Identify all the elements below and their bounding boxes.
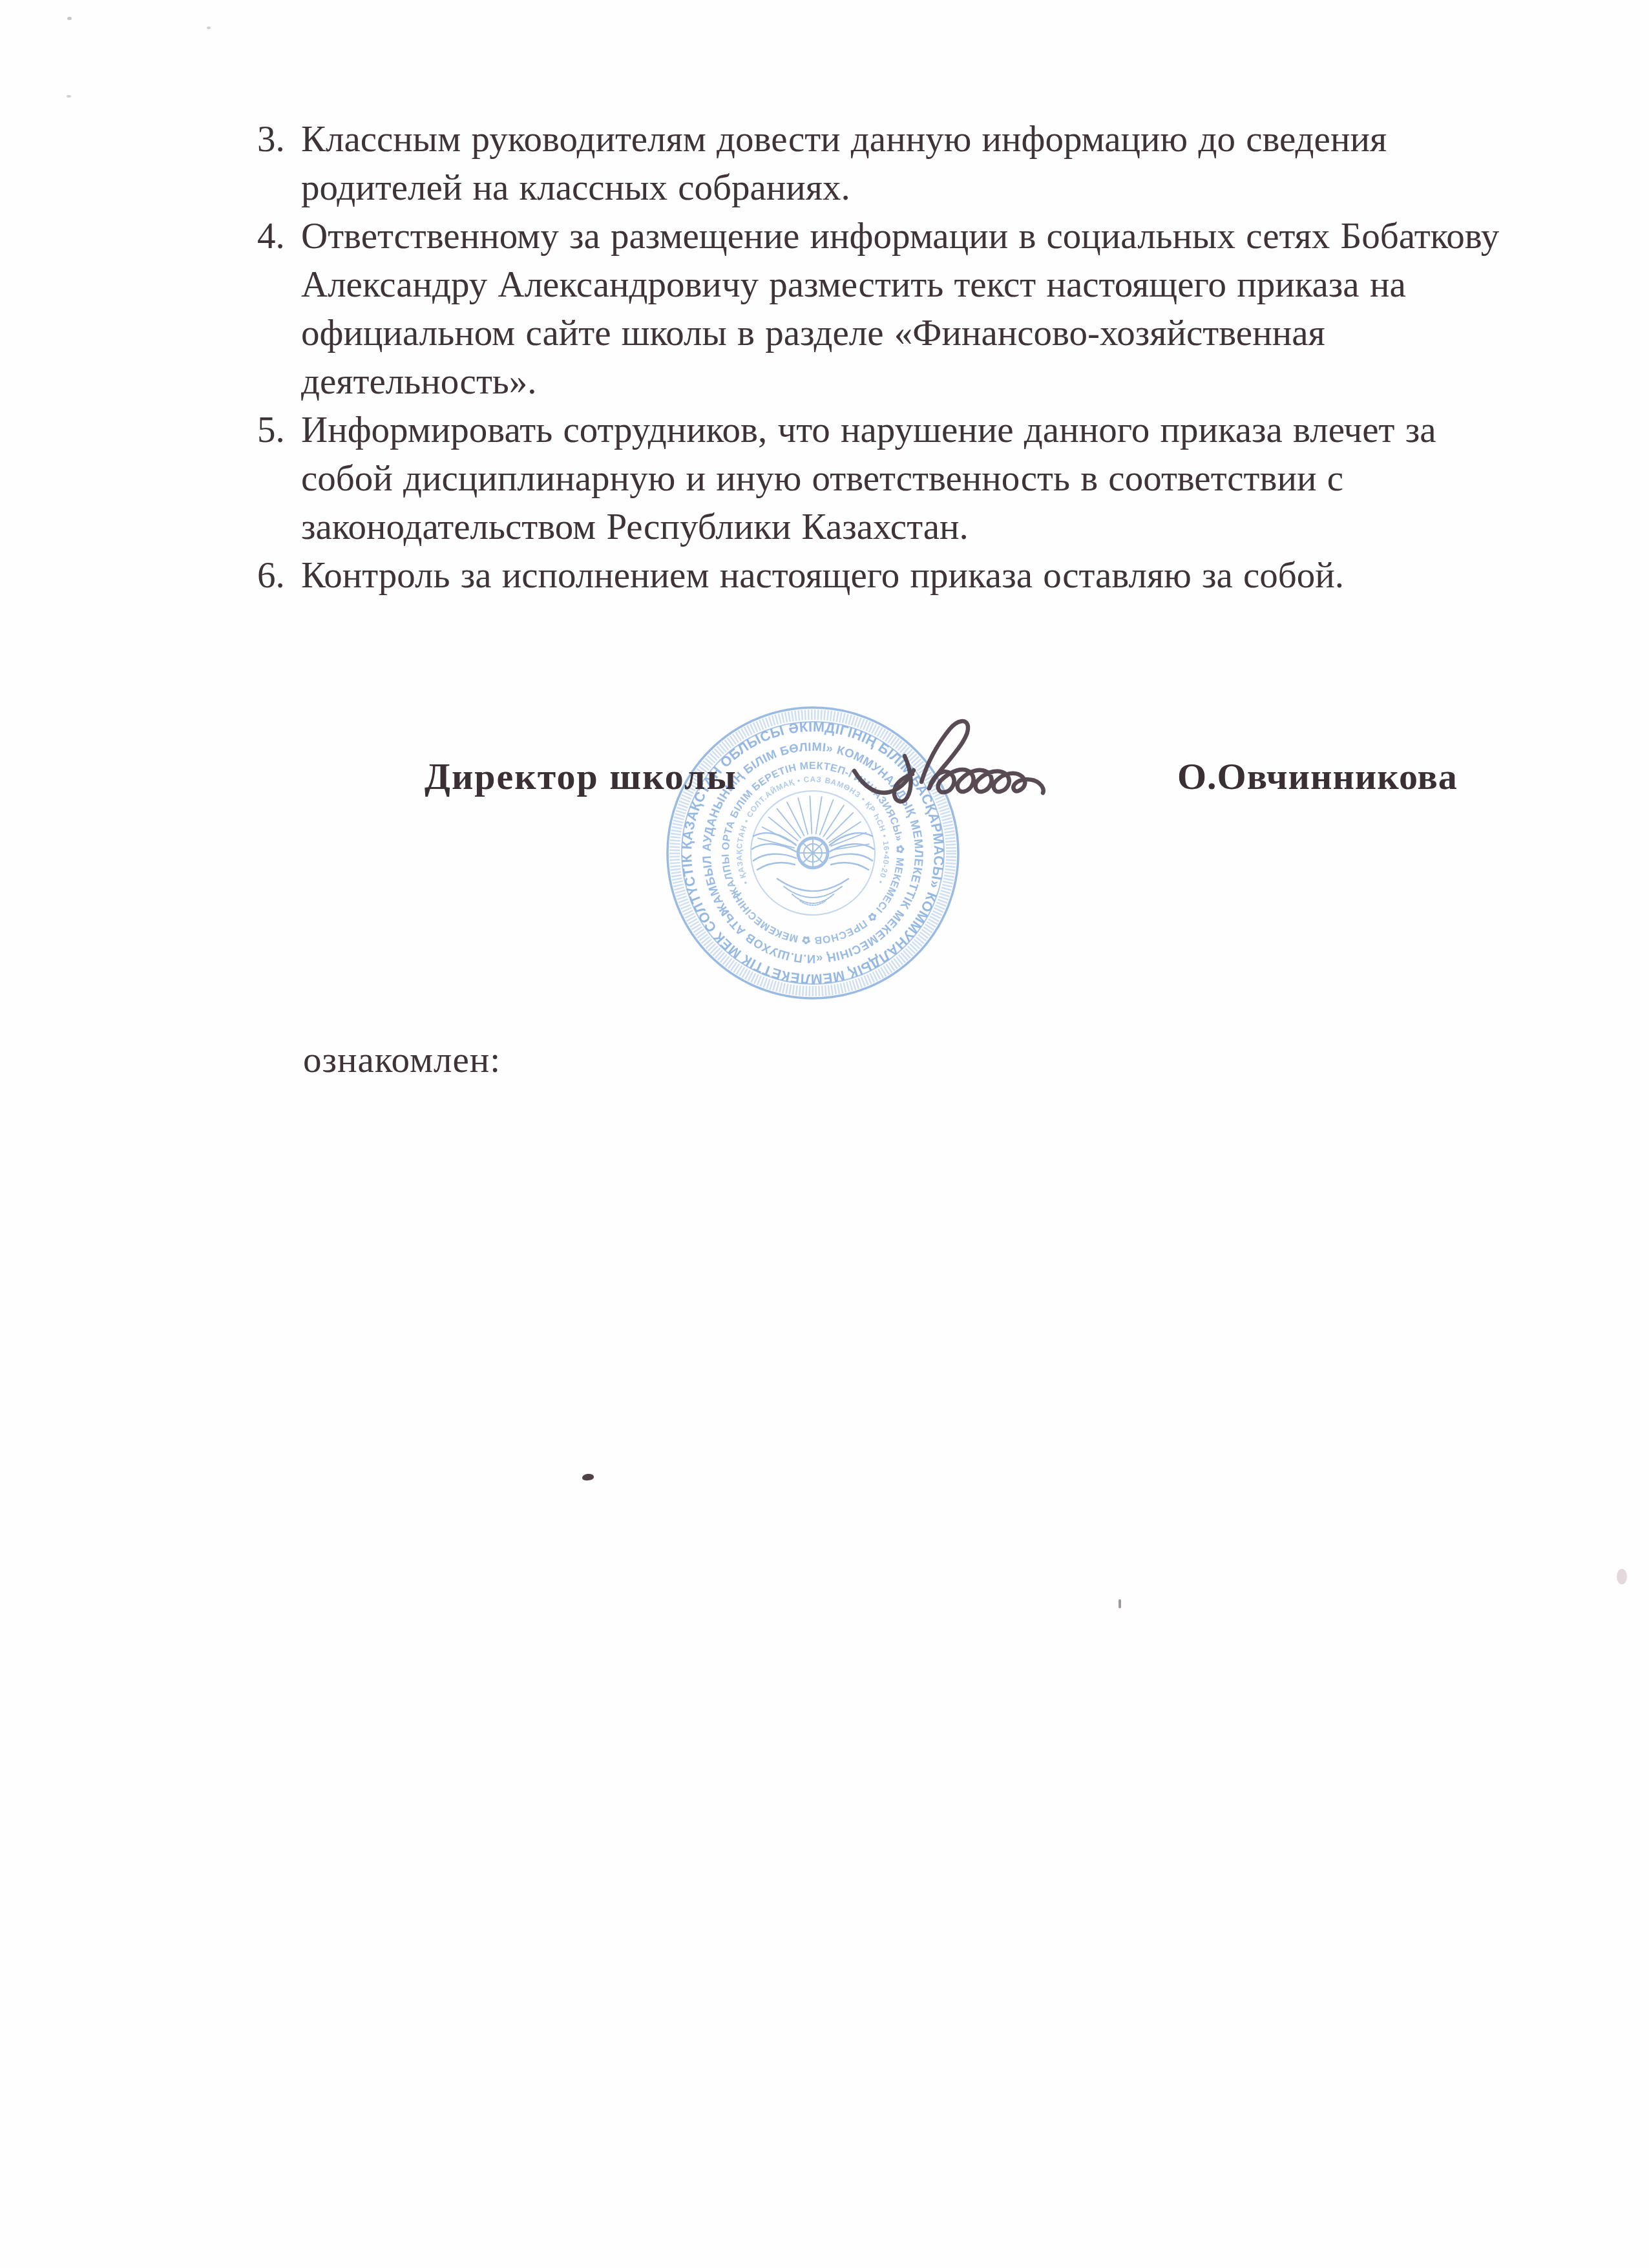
item-number: 5.: [257, 406, 301, 454]
order-item: 5. Информировать сотрудников, что наруше…: [257, 406, 1627, 551]
scan-artifact: [67, 95, 71, 98]
order-item: 6. Контроль за исполнением настоящего пр…: [257, 551, 1627, 600]
order-item: 4. Ответственному за размещение информац…: [257, 212, 1627, 406]
scan-artifact: [1617, 1569, 1627, 1584]
item-number: 3.: [257, 115, 301, 163]
document-page: 3. Классным руководителям довести данную…: [0, 0, 1649, 2268]
order-list: 3. Классным руководителям довести данную…: [257, 115, 1627, 600]
scan-artifact: [582, 1473, 594, 1481]
director-title: Директор школы: [425, 755, 737, 798]
acknowledgement-label: ознакомлен:: [303, 1039, 501, 1081]
item-text: Классным руководителям довести данную ин…: [301, 115, 1619, 212]
signature-stroke: [854, 770, 914, 793]
scan-artifact: [207, 26, 211, 29]
item-text: Информировать сотрудников, что нарушение…: [301, 406, 1619, 551]
signature-stroke: [894, 756, 912, 801]
scan-artifact: [67, 17, 72, 20]
item-text: Контроль за исполнением настоящего прика…: [301, 551, 1619, 600]
order-item: 3. Классным руководителям довести данную…: [257, 115, 1627, 212]
item-number: 4.: [257, 212, 301, 260]
signature-stroke: [929, 770, 1044, 793]
signature-ink: [840, 684, 1060, 819]
item-text: Ответственному за размещение информации …: [301, 212, 1619, 406]
director-name: О.Овчинникова: [1177, 755, 1458, 798]
scan-artifact: [1119, 1599, 1121, 1608]
item-number: 6.: [257, 551, 301, 600]
